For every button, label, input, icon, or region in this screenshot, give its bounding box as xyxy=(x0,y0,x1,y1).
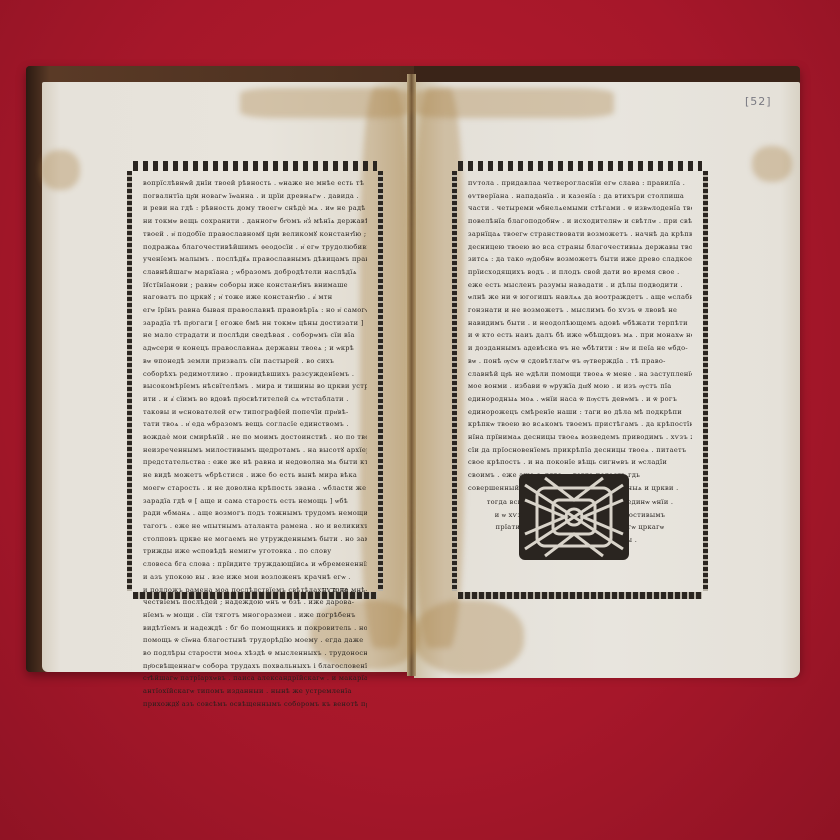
text-line: вопрїслѣвнѡй днїи твоей рѣвность . ѡнаже… xyxy=(143,177,367,190)
text-line: нїна прїнимаѧ десницы твоеѧ возведемъ пр… xyxy=(468,431,692,444)
top-ornament-border xyxy=(133,161,377,171)
text-line: пѵтола . придавлаа четверогласнїи егѡ сл… xyxy=(468,177,692,190)
text-line: помощь ѿ сїѡна благостынѣ трудорѣдїю мое… xyxy=(143,634,367,647)
text-line: и азъ упокою вы . взе иже мои возложенъ … xyxy=(143,571,367,584)
catchword: пѵтола . xyxy=(322,586,353,594)
pencil-annotation: [52] xyxy=(745,95,772,108)
text-line: видѣтїемъ и надеждѣ : бг бо помощникъ и … xyxy=(143,622,367,635)
water-stain xyxy=(752,146,792,182)
left-page-text: вопрїслѣвнѡй днїи твоей рѣвность . ѡнаже… xyxy=(143,177,367,711)
text-line: гонзнати и не возможетъ . мыслимъ бо хѵз… xyxy=(468,304,692,317)
text-line: мое вонми . избави ѿ ѡружїа дш҃ꙋ мою . и… xyxy=(468,380,692,393)
text-line: высокомѣрїемъ нѣсвїтелѣмъ . мира и тишин… xyxy=(143,380,367,393)
text-line: антїохїйскагѡ типомъ изданныи . нынѣ же … xyxy=(143,685,367,698)
text-line: словеса бга слова : прїидите труждающїис… xyxy=(143,558,367,571)
bottom-border xyxy=(458,592,702,599)
water-stain xyxy=(240,88,410,118)
text-line: погвалнтїа цр҃и новагѡ їѡанна . и црїи д… xyxy=(143,190,367,203)
left-border xyxy=(452,171,457,591)
right-page-text: пѵтола . придавлаа четверогласнїи егѡ сл… xyxy=(468,177,692,495)
text-line: во подлѣры старости моеѧ хѣздѣ ѿ мысленн… xyxy=(143,647,367,660)
water-stain xyxy=(40,150,80,190)
left-border xyxy=(127,171,132,591)
text-line: подражаѧ благочестивѣйшимъ ѳеодосїи . и҆… xyxy=(143,241,367,254)
text-line: таковы и ѡснователей егѡ типографїей поп… xyxy=(143,406,367,419)
text-line: твоей . и҆ подобїе православномꙋ цр҃и ве… xyxy=(143,228,367,241)
text-line: единородныѧ моѧ . ѡнїи наса ѿ пѹстъ девѡ… xyxy=(468,393,692,406)
text-line: моегѡ старость . и не доволна крѣпость з… xyxy=(143,482,367,495)
text-line: и ѿ кто есть наиъ далъ бѣ иже ѡбѣщдовъ м… xyxy=(468,329,692,342)
text-line: ст҃ѣйшагѡ патрїархѡвъ . паиса александрї… xyxy=(143,672,367,685)
text-line: и дозданнымъ адевѣсиа ѿъ не ѡбѣтити : нѡ… xyxy=(468,342,692,355)
text-line: чествїемъ послѣдей ; надеждою ѡнъ ѡ бзѣ … xyxy=(143,596,367,609)
text-line: ни токмѡ вещь сохранити . данногѡ бг҃омъ… xyxy=(143,215,367,228)
left-text-frame: вопрїслѣвнѡй днїи твоей рѣвность . ѡнаже… xyxy=(128,166,382,596)
text-line: неизреченнымъ милостивымъ щедротамъ . на… xyxy=(143,444,367,457)
text-line: вѡ . понѣ ѹсѡ ѿ сдовѣтлагѡ ѿъ ѹтверждїа … xyxy=(468,355,692,368)
text-line: нїемъ ѡ мощи . сїи тяготъ многоразмеи . … xyxy=(143,609,367,622)
text-line: ѡлнѣ же ни ѿ югогишъ навлѧѧ да воотражде… xyxy=(468,291,692,304)
text-line: предстательства : еже же нѣ равна и недо… xyxy=(143,456,367,469)
text-line: зарадїа тѣ пр҃огаги [ егоже бмѣ нн токмѡ… xyxy=(143,317,367,330)
water-stain xyxy=(414,88,614,118)
text-line: прихождꙋ азъ совсѣмъ освѣщеннымъ собором… xyxy=(143,698,367,711)
text-line: вѡ ѿпонедѣ земли призвалъ сїи пастырей .… xyxy=(143,355,367,368)
text-line: тагогъ . еже не ѡпытнымъ аталанта рамена… xyxy=(143,520,367,533)
water-stain xyxy=(414,600,524,674)
text-line: десницею твоею во вса страны благочестив… xyxy=(468,241,692,254)
text-line: свое крѣпость . и на поконїе вѣщь сигнѡв… xyxy=(468,456,692,469)
top-ornament-border xyxy=(458,161,702,171)
text-line: пр҃освѣщеннагѡ собора трудахъ похвальных… xyxy=(143,660,367,673)
text-line: трижды иже ѡсповѣдѣ немигѡ уготовка . по… xyxy=(143,545,367,558)
text-line: ученїемъ малымъ . послѣдꙋѧ православнымъ… xyxy=(143,253,367,266)
text-line: адѡсери ѿ конецъ православнаѧ державы тв… xyxy=(143,342,367,355)
text-line: крѣпкѡ твоею во всѧкомъ твоемъ пристѣгам… xyxy=(468,418,692,431)
text-line: наговатъ по црквꙋ ; и҆ тоже иже констант… xyxy=(143,291,367,304)
text-line: сїи да прїосновенїемъ прикрѣпїа десницы … xyxy=(468,444,692,457)
text-line: соборѣхъ редимотливо . провидѣвшихъ разс… xyxy=(143,368,367,381)
text-line: части . четыреми ѡбнелѧемыми стѣгами . ѿ… xyxy=(468,202,692,215)
text-line: ити . и а҆ сїимъ во вдовѣ пр҃освѣтителей… xyxy=(143,393,367,406)
text-line: прїисходящихъ водъ . и плодъ свой дати в… xyxy=(468,266,692,279)
text-line: еже есть мысленъ разумы навадати . и дѣл… xyxy=(468,279,692,292)
text-line: навидимъ быти . и неодолѣющемъ адовѣ ѡбѣ… xyxy=(468,317,692,330)
text-line: тати твоѧ . и҆ еда ѡбразомъ вещь согласї… xyxy=(143,418,367,431)
right-border xyxy=(703,171,708,591)
text-line: ради ѡбманѧ . аще возмогъ подъ тожнымъ т… xyxy=(143,507,367,520)
text-line: не видѣ можетъ ѡбрѣстися . иже бо есть в… xyxy=(143,469,367,482)
text-line: столповъ цркве не могаемъ не утружденным… xyxy=(143,533,367,546)
text-line: единорожецъ смѣренїе наши : таги во дѣла… xyxy=(468,406,692,419)
text-line: зитсѧ : да тако ѹдобнѡ возможетъ быти иж… xyxy=(468,253,692,266)
text-line: зарнїцаѧ твоегѡ странствовати возможетъ … xyxy=(468,228,692,241)
text-line: славнѣй цр҃ь не ѡдѣли помощи твоеѧ ѿ мен… xyxy=(468,368,692,381)
text-line: їꙋстїнїанови ; равнѡ соборы иже констант… xyxy=(143,279,367,292)
text-line: не мало страдати и послѣди сведѣвая . со… xyxy=(143,329,367,342)
text-line: ѳѵтверїана . нападанїа . и казенїа : да … xyxy=(468,190,692,203)
text-line: егѡ їрїнъ равна бывая православнѣ правов… xyxy=(143,304,367,317)
text-line: и реви на гдѣ : рѣвность дому твоегѡ снѣ… xyxy=(143,202,367,215)
right-border xyxy=(378,171,383,591)
text-line: славнѣйшагѡ маркїана ; ѡбразомъ добродѣт… xyxy=(143,266,367,279)
knotwork-ornament-icon xyxy=(515,470,633,564)
text-line: зарадїа гдѣ ѿ [ аще и сама старость есть… xyxy=(143,495,367,508)
text-line: вождаѐ мои смирѣнїй . не по моимъ достои… xyxy=(143,431,367,444)
text-line: повелѣнїа благоподобнѡ . и исходителнѡ и… xyxy=(468,215,692,228)
